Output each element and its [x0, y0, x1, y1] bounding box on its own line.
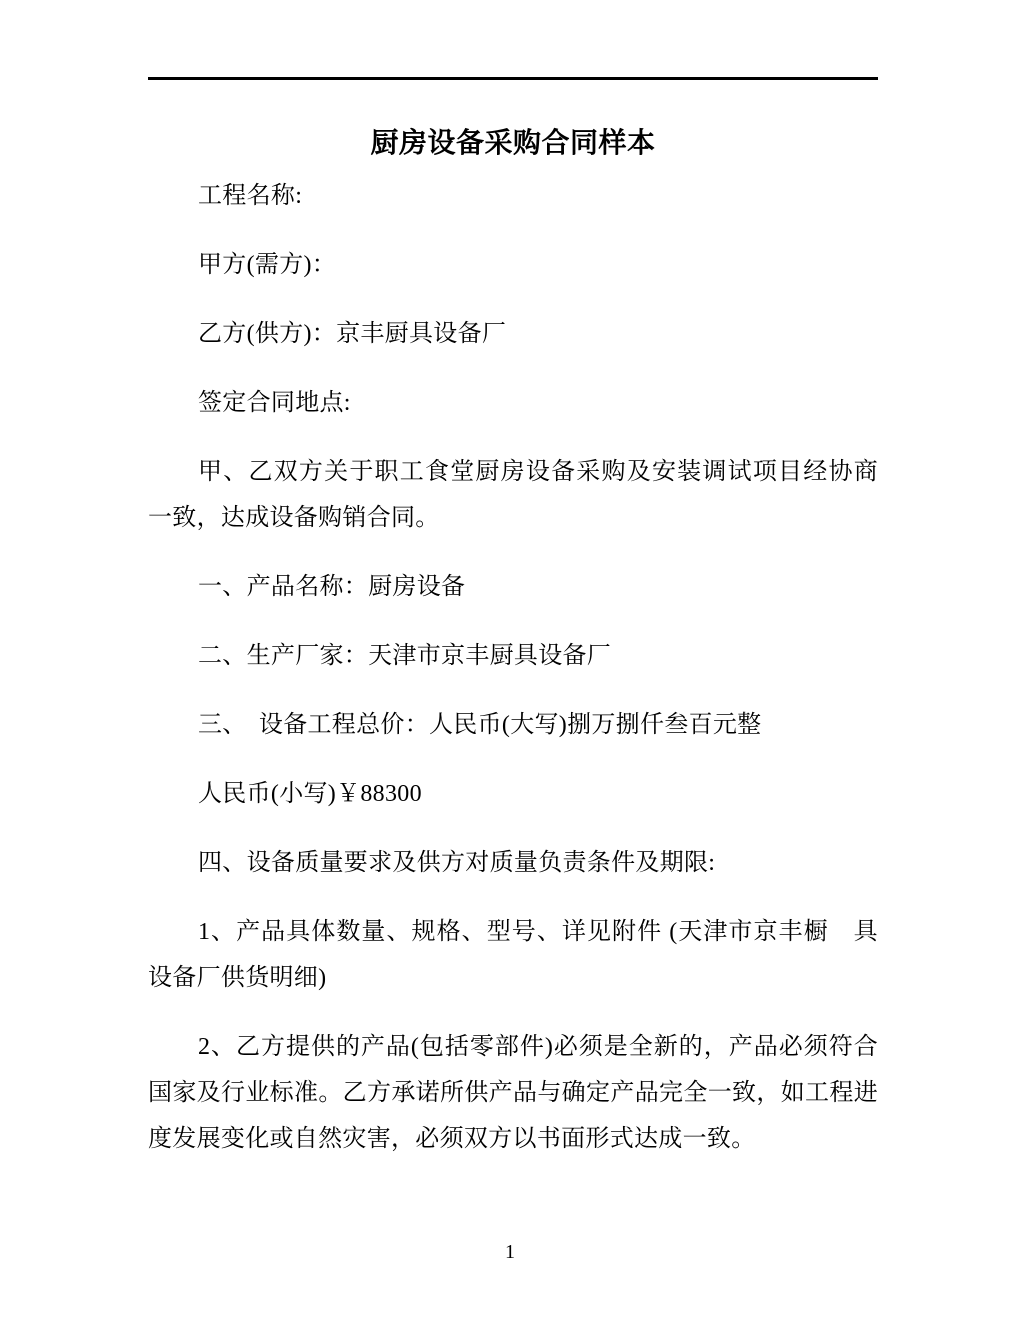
paragraph-party-a: 甲方(需方)： [148, 242, 878, 288]
paragraph-signing-place: 签定合同地点: [148, 380, 878, 426]
document-title: 厨房设备采购合同样本 [148, 120, 878, 168]
paragraph-project-name: 工程名称: [148, 173, 878, 219]
paragraph-clause-2: 二、生产厂家：天津市京丰厨具设备厂 [148, 633, 878, 679]
paragraph-party-b: 乙方(供方)：京丰厨具设备厂 [148, 311, 878, 357]
paragraph-clause-3: 三、 设备工程总价：人民币(大写)捌万捌仟叁百元整 [148, 702, 878, 748]
paragraph-clause-4: 四、设备质量要求及供方对质量负责条件及期限: [148, 840, 878, 886]
header-rule [148, 77, 878, 80]
paragraph-preamble: 甲、乙双方关于职工食堂厨房设备采购及安装调试项目经协商一致，达成设备购销合同。 [148, 449, 878, 541]
paragraph-price-numeric: 人民币(小写)￥88300 [148, 771, 878, 817]
paragraph-clause-1: 一、产品名称：厨房设备 [148, 564, 878, 610]
paragraph-clause-4-item-1: 1、产品具体数量、规格、型号、详见附件 (天津市京丰橱 具设备厂供货明细) [148, 909, 878, 1001]
document-page: 厨房设备采购合同样本 工程名称: 甲方(需方)： 乙方(供方)：京丰厨具设备厂 … [0, 0, 1020, 1320]
document-content: 厨房设备采购合同样本 工程名称: 甲方(需方)： 乙方(供方)：京丰厨具设备厂 … [148, 77, 878, 1185]
page-number: 1 [0, 1238, 1020, 1266]
paragraph-clause-4-item-2: 2、乙方提供的产品(包括零部件)必须是全新的，产品必须符合国家及行业标准。乙方承… [148, 1024, 878, 1162]
